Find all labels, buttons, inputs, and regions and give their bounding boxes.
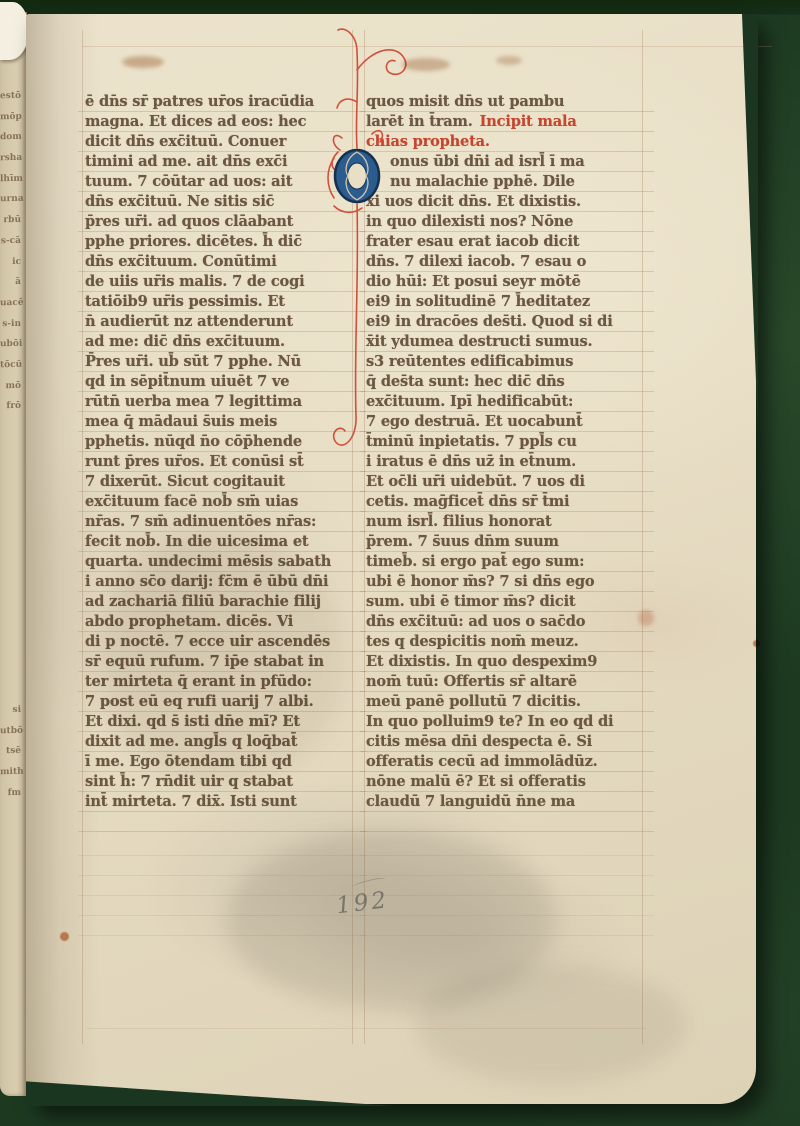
manuscript-line: sr̄ equū rufum. 7 ip̄e stabat in (85, 652, 363, 672)
gutter-fragments-top: estōmōpdomrshalhīmurnarbūs-cāic acā poiu… (0, 86, 24, 417)
left-text-column: ē dn̄s sr̄ patres ur̄os iracūdiamagna. E… (85, 92, 363, 812)
gutter-text-fragment: estō (0, 86, 24, 107)
stain (60, 932, 69, 941)
gutter-text-fragment: ā poi (0, 272, 24, 293)
manuscript-line: pphetis. nūqd n̄o cōp̄hende (85, 432, 363, 452)
manuscript-line: abdo prophetam. dicēs. Vi (85, 612, 363, 632)
manuscript-line: ad zachariā filiū barachie filij (85, 592, 363, 612)
gutter-text-fragment: fm (0, 783, 24, 804)
gutter-text-fragment: dom (0, 127, 24, 148)
manuscript-line: ad me: dic̄ dn̄s exc̄ituum. (85, 332, 363, 352)
manuscript-line: p̄rem. 7 s̄uus dn̄m suum (366, 532, 644, 552)
manuscript-line: dicit dn̄s exc̄ituū. Conuer (85, 132, 363, 152)
gutter-text-fragment: tōcū (0, 355, 24, 376)
stain (122, 56, 164, 68)
manuscript-line: timini ad me. ait dn̄s exc̄i (85, 152, 363, 172)
manuscript-line: sum. ubi ē timor m̄s? dicit (366, 592, 644, 612)
manuscript-line: quarta. undecimi mēsis sabath (85, 552, 363, 572)
manuscript-line: timeb̄. si ergo pat̄ ego sum: (366, 552, 644, 572)
gutter-text-fragment: frō (0, 396, 24, 417)
manuscript-line: runt p̄res ur̄os. Et conūsi st̄ (85, 452, 363, 472)
stain (753, 640, 760, 647)
penwork-flourish (326, 18, 446, 478)
manuscript-line: claudū 7 languidū n̄ne ma (366, 792, 644, 812)
gutter-fragments-bottom: si mutbōtsēmithfm (0, 700, 24, 803)
manuscript-line: num isrl̄. filius honorat (366, 512, 644, 532)
facing-page-edge: estōmōpdomrshalhīmurnarbūs-cāic acā poiu… (0, 12, 27, 1096)
manuscript-line: ē dn̄s sr̄ patres ur̄os iracūdia (85, 92, 363, 112)
gutter-text-fragment: tsē (0, 741, 24, 762)
manuscript-line: 7 dixerūt. Sicut cogitauit (85, 472, 363, 492)
manuscript-line: magna. Et dices ad eos: hec (85, 112, 363, 132)
manuscript-page: ē dn̄s sr̄ patres ur̄os iracūdiamagna. E… (26, 14, 756, 1104)
manuscript-line: P̄res ur̄i. ub̄ sūt 7 pphe. Nū (85, 352, 363, 372)
gutter-text-fragment: si m (0, 700, 24, 721)
manuscript-line: int̄ mirteta. 7 dix̄. Isti sunt (85, 792, 363, 812)
ruling-bottom-line (86, 1028, 646, 1029)
manuscript-line: tuum. 7 cōūtar ad uos: ait (85, 172, 363, 192)
manuscript-line: tes q despicitis nom̄ meuz. (366, 632, 644, 652)
manuscript-line: cetis. maḡficet̄ dn̄s sr̄ t̄mi (366, 492, 644, 512)
manuscript-line: meū panē pollutū 7 dicitis. (366, 692, 644, 712)
manuscript-line: pphe priores. dicētes. h̄ dic̄ (85, 232, 363, 252)
manuscript-line: dn̄s exc̄ituum. Conūtimi (85, 252, 363, 272)
manuscript-line: ī me. Ego ōtendam tibi qd (85, 752, 363, 772)
manuscript-line: exc̄ituum facē nob̄ sm̄ uias (85, 492, 363, 512)
manuscript-line: offeratis cecū ad immolādūz. (366, 752, 644, 772)
gutter-text-fragment: mō (0, 375, 24, 396)
manuscript-line: Et dixi. qd s̄ isti dn̄e mī? Et (85, 712, 363, 732)
scan-background: estōmōpdomrshalhīmurnarbūs-cāic acā poiu… (0, 0, 800, 1126)
gutter-text-fragment: s-in (0, 313, 24, 334)
manuscript-line: In quo polluim9 te? In eo qd di (366, 712, 644, 732)
manuscript-line: rūtn̄ uerba mea 7 legittima (85, 392, 363, 412)
initial-o (335, 150, 379, 202)
manuscript-line: 7 post eū eq rufi uarij 7 albi. (85, 692, 363, 712)
manuscript-line: nōne malū ē? Et si offeratis (366, 772, 644, 792)
gutter-text-fragment: s-cā (0, 231, 24, 252)
manuscript-line: dn̄s exc̄ituū. Ne sitis sic̄ (85, 192, 363, 212)
manuscript-line: sint h̄: 7 rn̄dit uir q stabat (85, 772, 363, 792)
gutter-text-fragment: ic ac (0, 251, 24, 272)
gutter-text-fragment: mith (0, 762, 24, 783)
manuscript-line: n̄ audierūt nz attenderunt (85, 312, 363, 332)
manuscript-line: p̄res ur̄i. ad quos clāabant (85, 212, 363, 232)
manuscript-line: nom̄ tuū: Offertis sr̄ altarē (366, 672, 644, 692)
manuscript-line: dn̄s exc̄ituū: ad uos o sac̄do (366, 612, 644, 632)
gutter-text-fragment: mōp (0, 106, 24, 127)
manuscript-line: nr̄as. 7 sm̄ adinuentōes nr̄as: (85, 512, 363, 532)
gutter-text-fragment: ubōi (0, 334, 24, 355)
gutter-text-fragment: utbō (0, 720, 24, 741)
gutter-text-fragment: rbū (0, 210, 24, 231)
manuscript-line: fecit nob̄. In die uicesima et (85, 532, 363, 552)
gutter-text-fragment: lhīm (0, 169, 24, 190)
manuscript-line: di p noctē. 7 ecce uir ascendēs (85, 632, 363, 652)
gutter-text-fragment: uacē (0, 293, 24, 314)
manuscript-line: mea q̄ mādaui s̄uis meis (85, 412, 363, 432)
manuscript-line: ter mirteta q̄ erant in pfūdo: (85, 672, 363, 692)
manuscript-line: dixit ad me. angl̄s q loq̄bat̄ (85, 732, 363, 752)
rubric-incipit: Incipit mala (480, 113, 577, 130)
ruling-vertical (82, 30, 83, 1044)
stain (496, 56, 522, 65)
ruling-lines-left-lower (78, 836, 366, 936)
manuscript-line: de uiis ur̄is malis. 7 de cogi (85, 272, 363, 292)
manuscript-line: ubi ē honor m̄s? 7 si dn̄s ego (366, 572, 644, 592)
manuscript-line: qd in sēpit̄num uiuēt 7 ve (85, 372, 363, 392)
manuscript-line: Et dixistis. In quo despexim9 (366, 652, 644, 672)
gutter-text-fragment: rsha (0, 148, 24, 169)
gutter-text-fragment: urna (0, 189, 24, 210)
manuscript-line: tatiōib9 ur̄is pessimis. Et (85, 292, 363, 312)
manuscript-line: i anno sc̄o darij: fc̄m ē ūbū dn̄i (85, 572, 363, 592)
manuscript-line: citis mēsa dn̄i despecta ē. Si (366, 732, 644, 752)
smudge (416, 964, 686, 1084)
